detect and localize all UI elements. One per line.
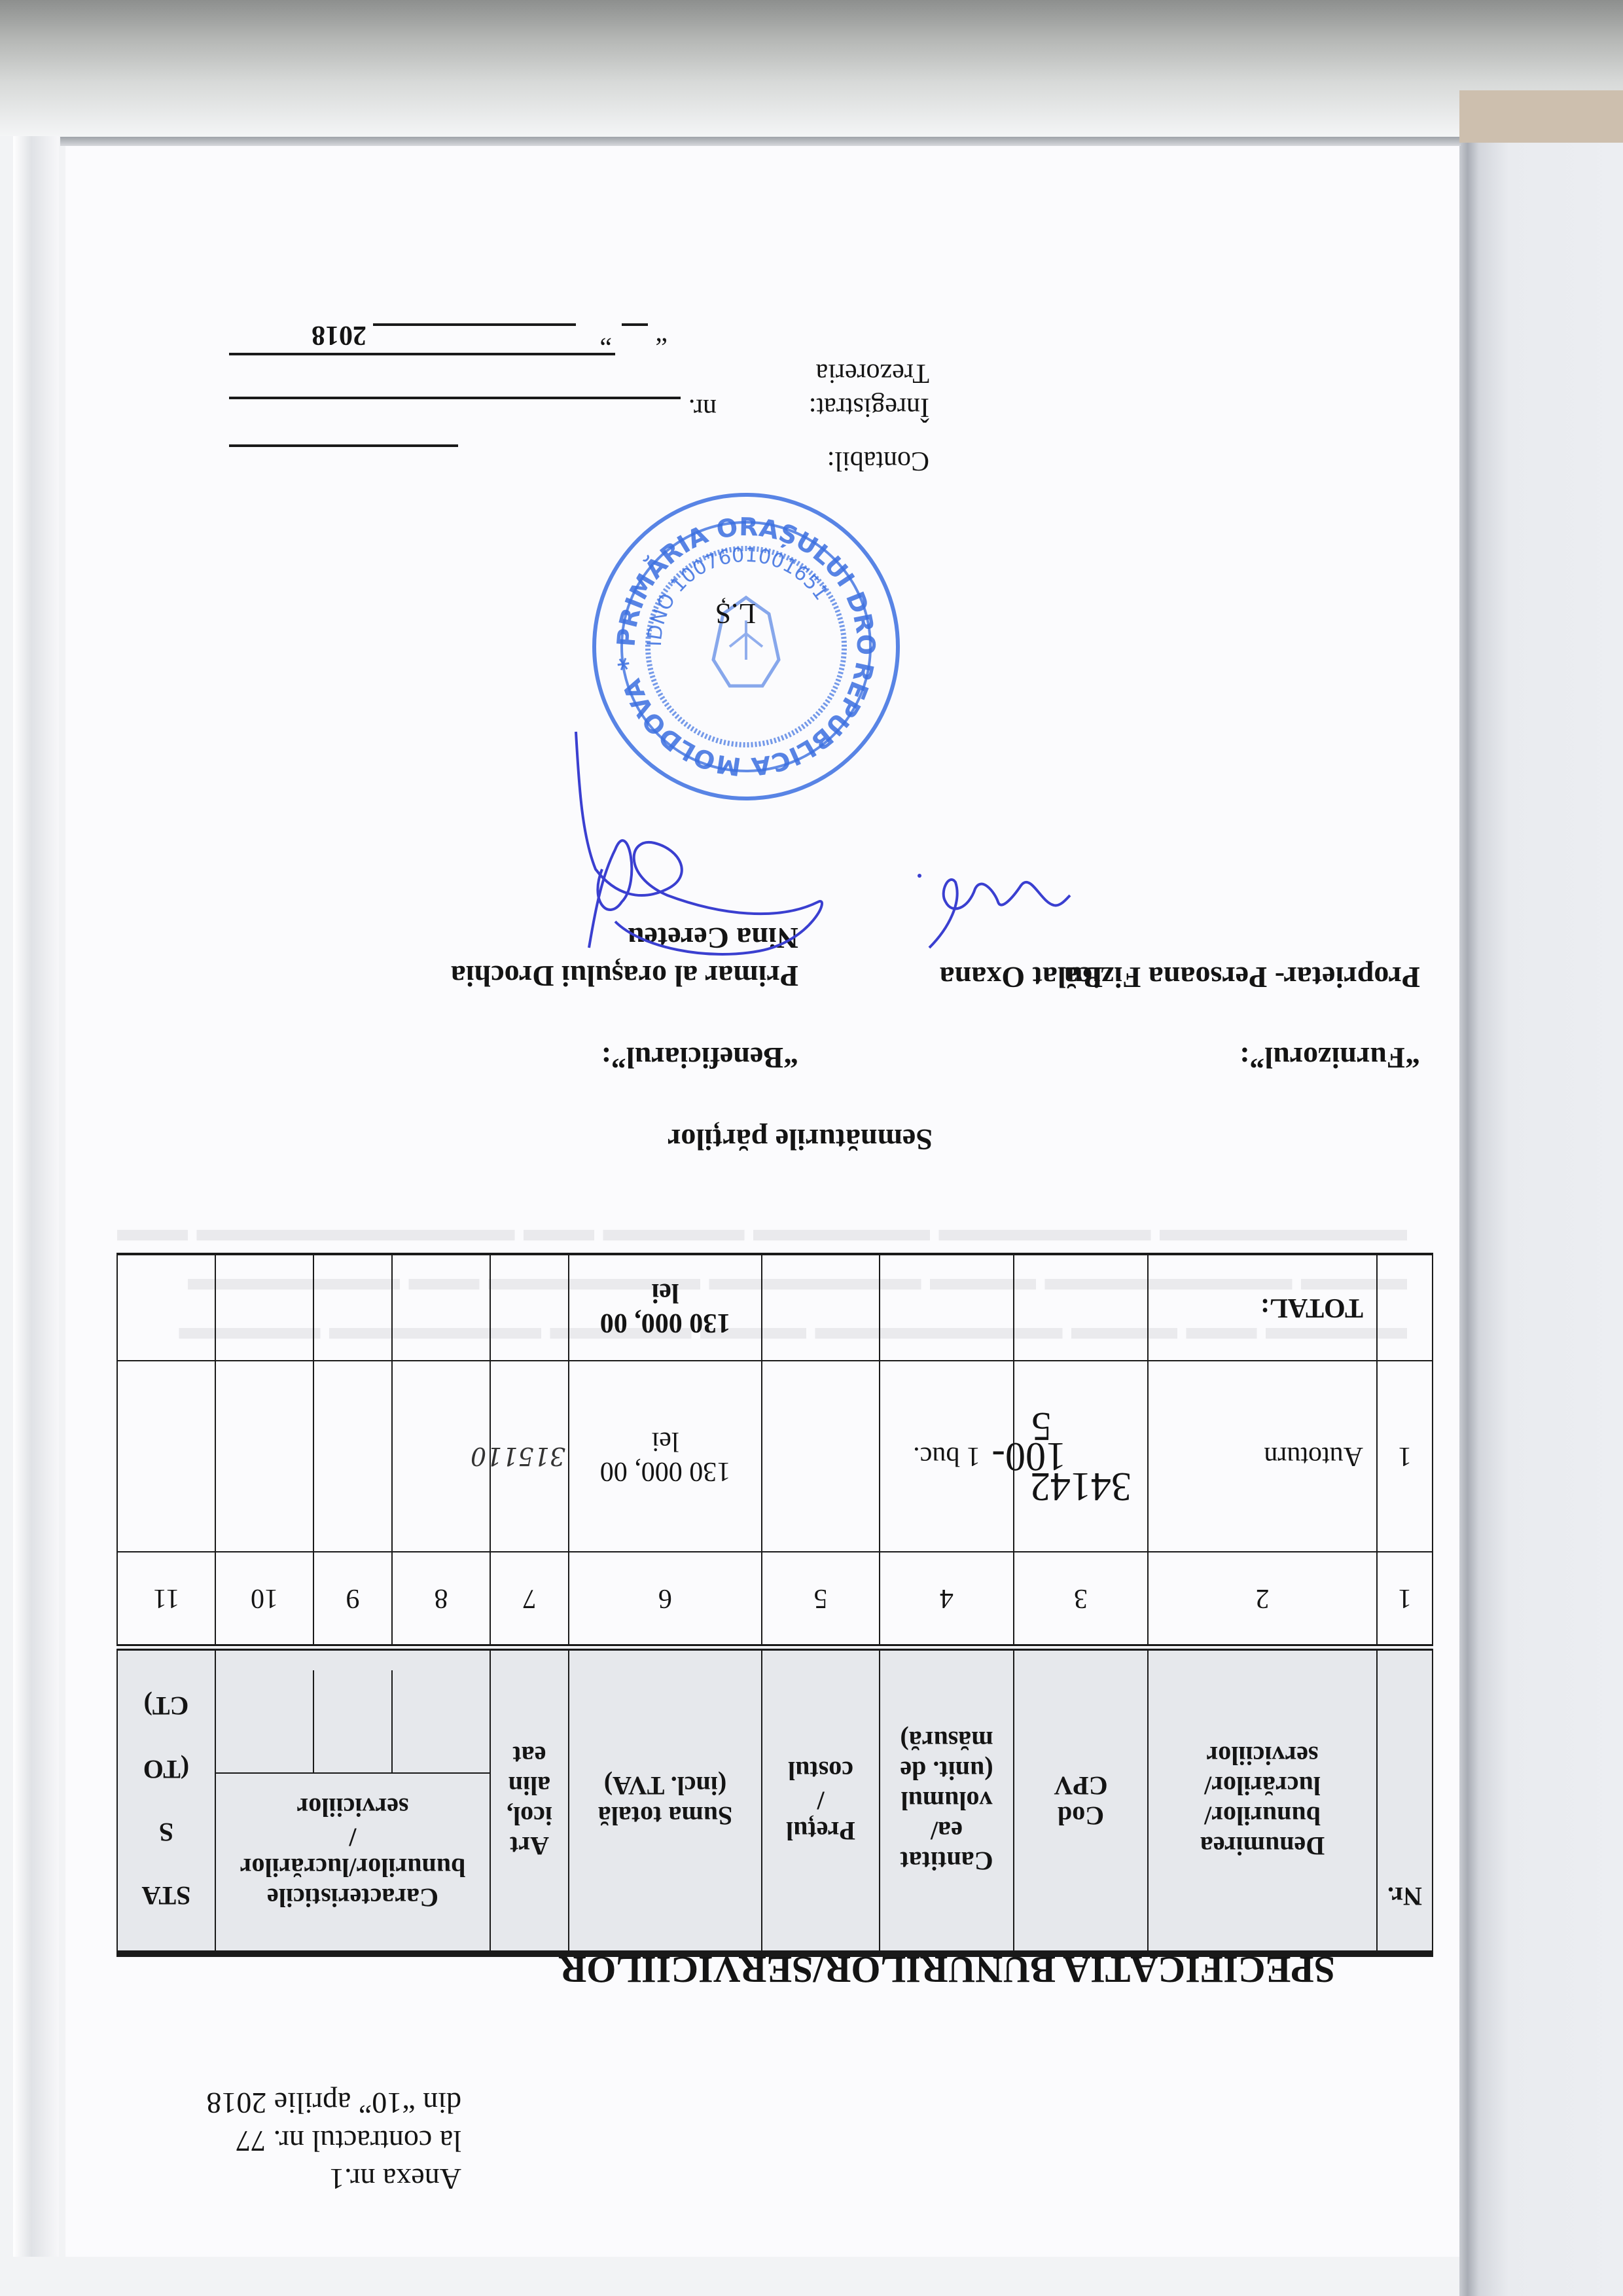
official-stamp: REPUBLICA MOLDOVA * PRIMĂRIA ORAȘULUI DR… [582,483,910,810]
beneficiary-role: Primar al orașului Drochia [451,957,798,995]
supplier-role: Proprietar- Persoana Fizică [1064,960,1420,995]
cell-9 [313,1361,392,1552]
cell-nr: 1 [1377,1361,1433,1552]
treasury-label: Trezoreria [809,356,929,390]
header-line: serviciilor [216,1792,490,1822]
header-line: Cod [1017,1801,1145,1831]
cell-denumirea: Autoturn [1148,1361,1377,1552]
column-number-row: 1234567891011 [117,1552,1433,1647]
total-empty [880,1254,1014,1361]
registration-nr-line[interactable] [229,397,681,399]
registered-label: Înregistrat: [809,390,929,424]
header-line: CPV [1017,1770,1145,1801]
header-line: S [118,1817,215,1847]
column-number: 4 [880,1552,1014,1647]
header-line: alin [493,1770,565,1801]
table-row: 1 Autoturn 34142 100-5 1 buc. 130 000, 0… [117,1361,1433,1552]
cell-pret [762,1361,880,1552]
header-line: (unit. de [883,1755,1010,1785]
specification-table: Nr. Denumireabunurilor/lucrărilor/servic… [116,1253,1433,1957]
cpv-code-line2: 100-5 [1017,1411,1066,1471]
header-line: Prețul [765,1816,876,1846]
total-sum-value: 130 000, 00 [572,1308,758,1338]
column-number: 9 [313,1552,392,1647]
header-cod-cpv: CodCPV [1014,1647,1148,1954]
scanner-lid-shadow [0,0,1623,136]
total-empty [215,1254,313,1361]
cell-articol: 315110 [490,1361,569,1552]
total-nr-cell [1377,1254,1433,1361]
total-empty [762,1254,880,1361]
header-line: eat [493,1740,565,1770]
header-line: / [765,1785,876,1816]
header-stas: STAS(TOCT) [117,1647,215,1954]
stamp-mark: L.Ș [715,597,756,630]
header-line: (TO [118,1754,215,1784]
column-number: 1 [1377,1552,1433,1647]
row-sum-unit: lei [572,1426,758,1456]
header-line: serviciilor [1151,1740,1374,1770]
date-open-quote: “ [655,319,668,351]
column-number: 6 [569,1552,762,1647]
header-line: Caracteristicile [216,1882,490,1912]
total-empty [490,1254,569,1361]
cell-11 [117,1361,215,1552]
column-number: 8 [392,1552,490,1647]
date-month-line[interactable] [373,323,576,326]
header-line: lucrărilor/ [1151,1770,1374,1801]
cell-suma: 130 000, 00 lei [569,1361,762,1552]
handwritten-article-code: 315110 [471,1442,565,1471]
supplier-signature [910,869,1080,954]
header-subcell [313,1670,391,1772]
header-line: bunurilor/ [1151,1801,1374,1831]
total-sum-unit: lei [572,1278,758,1308]
header-line: / [216,1822,490,1852]
total-sum: 130 000, 00 lei [569,1254,762,1361]
header-line: Cantitat [883,1846,1010,1876]
header-line: Denumirea [1151,1831,1374,1861]
header-line: Art [493,1831,565,1861]
registration-block: Înregistrat: Trezoreria [809,356,929,424]
total-label: TOTAL: [1148,1254,1377,1361]
column-number: 2 [1148,1552,1377,1647]
paper-stack-edge [13,123,59,2257]
total-row: TOTAL: 130 000, 00 lei [117,1254,1433,1361]
adjacent-page [1459,0,1623,2296]
beneficiary-label: “Beneficiarul”: [601,1041,799,1075]
header-line: ea/ [883,1816,1010,1846]
header-subcell [391,1670,490,1772]
date-close-quote: ” [599,319,612,351]
header-pret: Prețul/costul [762,1647,880,1954]
header-nr: Nr. [1377,1647,1433,1954]
total-empty [313,1254,392,1361]
header-denumirea: Denumireabunurilor/lucrărilor/serviciilo… [1148,1647,1377,1954]
column-number: 11 [117,1552,215,1647]
contract-date: din “10” aprilie 2018 [206,2084,461,2122]
header-line: costul [765,1755,876,1785]
total-empty [117,1254,215,1361]
header-line: bunurilor/lucrărilor [216,1852,490,1882]
table-header-row: Nr. Denumireabunurilor/lucrărilor/servic… [117,1647,1433,1954]
header-line: CT) [118,1691,215,1721]
header-line: icol, [493,1801,565,1831]
contract-reference: la contractul nr. 77 [206,2122,461,2160]
row-sum-value: 130 000, 00 [572,1456,758,1486]
header-line: măsură) [883,1725,1010,1755]
treasury-line[interactable] [229,353,615,355]
page-bottom-edge [60,137,1461,146]
supplier-name: Bulat Oxana [940,960,1103,995]
annex-reference: Anexa nr.1 la contractul nr. 77 din “10”… [206,2084,461,2198]
cell-cod-cpv: 34142 100-5 [1014,1361,1148,1552]
scanned-document: ▬▬▬▬ ▬▬▬▬▬▬ ▬▬▬▬ ▬▬▬ ▬▬▬▬▬▬▬ ▬▬▬ ▬▬ ▬▬▬▬… [0,0,1623,2296]
header-caracteristici: Caracteristicilebunurilor/lucrărilor/ser… [215,1647,490,1954]
column-number: 10 [215,1552,313,1647]
accountant-label: Contabil: [827,445,929,476]
column-number: 5 [762,1552,880,1647]
registration-nr-label: nr. [688,393,717,424]
column-number: 7 [490,1552,569,1647]
header-line: Suma totală [572,1801,758,1831]
header-cantitate: Cantitatea/volumul(unit. demăsură) [880,1647,1014,1954]
signatures-heading: Semnăturile părților [668,1122,933,1157]
header-subcell [216,1670,313,1772]
annex-label: Anexa nr.1 [206,2160,461,2198]
date-day-line[interactable] [622,323,648,326]
date-year: 2018 [312,319,366,351]
header-line: (incl. TVA) [572,1770,758,1801]
accountant-signature-line[interactable] [229,444,458,447]
cardboard-corner [1459,90,1623,143]
header-line: volumul [883,1785,1010,1816]
total-empty [1014,1254,1148,1361]
column-number: 3 [1014,1552,1148,1647]
header-articol: Articol,alineat [490,1647,569,1954]
header-line: STA [118,1880,215,1910]
cell-10 [215,1361,313,1552]
supplier-label: “Furnizorul”: [1240,1041,1420,1075]
header-suma: Suma totală(incl. TVA) [569,1647,762,1954]
total-empty [392,1254,490,1361]
